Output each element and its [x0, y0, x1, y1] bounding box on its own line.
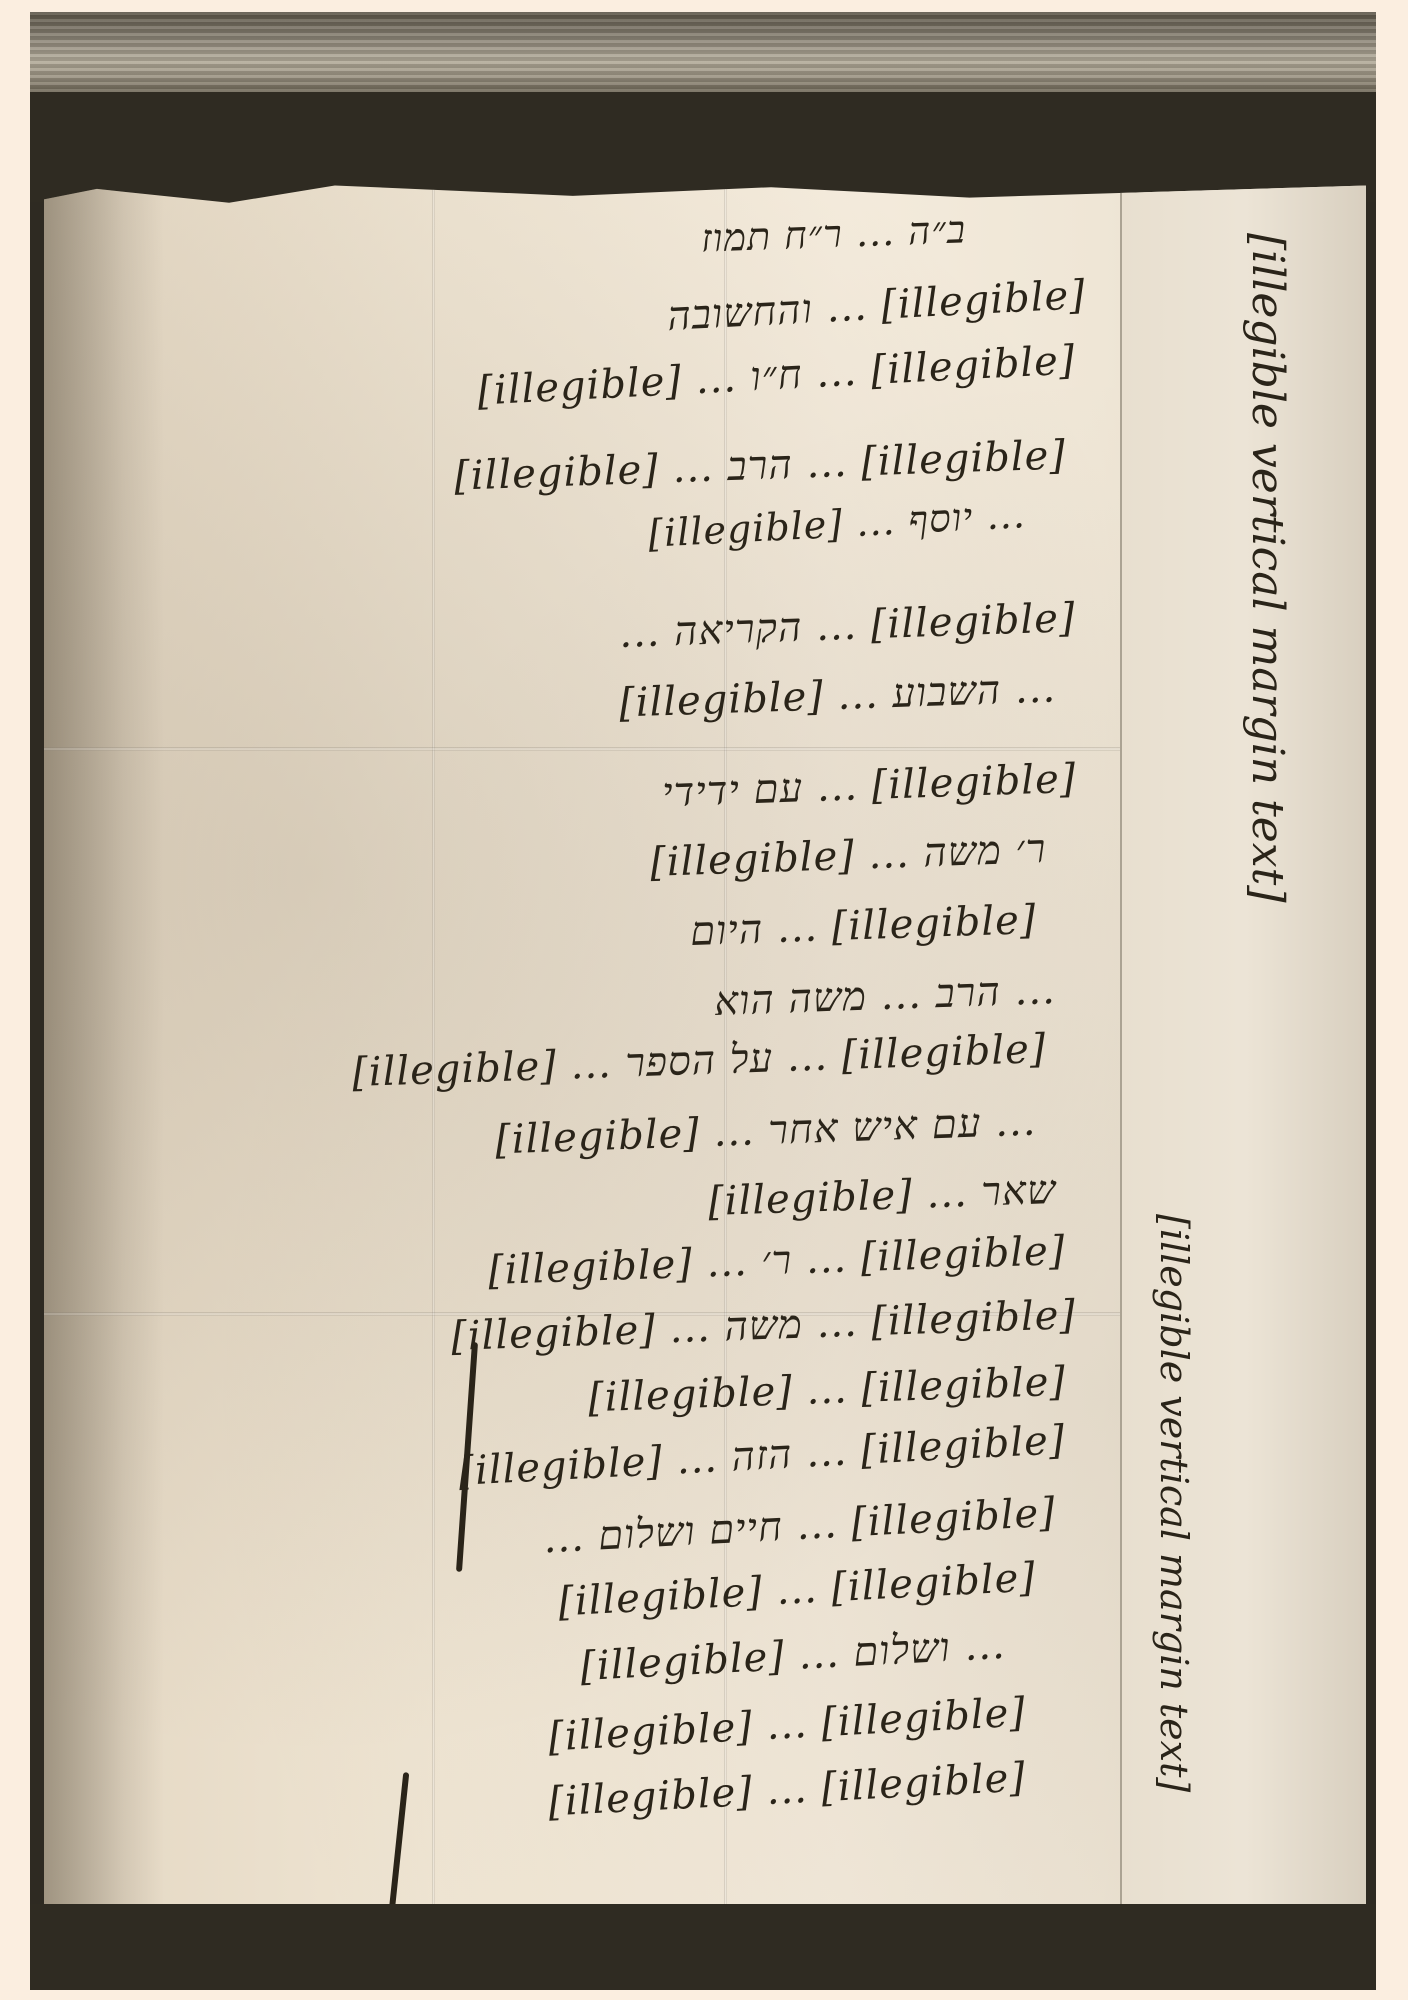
- letter-line: [illegible] ... והחשובה: [666, 271, 1087, 340]
- dark-background-top: [30, 92, 1376, 202]
- letter-line: ... יוסף ... [illegible]: [647, 492, 1027, 557]
- letter-line: [illegible] ... ר׳ ... [illegible]: [488, 1227, 1067, 1294]
- letter-line: [illegible] ... היום: [689, 896, 1037, 955]
- paper-fold-horizontal: [44, 747, 1120, 751]
- letter-line: [illegible] ... [illegible]: [547, 1755, 1027, 1826]
- wooden-frame-edge: [30, 12, 1376, 92]
- pen-stroke: [389, 1772, 410, 1912]
- letter-margin-panel: [illegible vertical margin text] [illegi…: [1120, 182, 1368, 1914]
- dark-background-bottom: [30, 1904, 1376, 1990]
- letter-line: [illegible] ... על הספר ... [illegible]: [351, 1025, 1047, 1096]
- letter-line: [illegible] ... [illegible]: [557, 1555, 1037, 1626]
- letter-line: ... עם איש אחר ... [illegible]: [494, 1098, 1037, 1164]
- letter-line: ... הרב ... משה הוא: [714, 966, 1057, 1025]
- letter-line: [illegible] ... הזה ... [illegible]: [458, 1416, 1067, 1495]
- letter-line: [illegible] ... הקריאה ...: [619, 594, 1077, 657]
- letter-line: [illegible] ... ח״ו ... [illegible]: [476, 336, 1076, 414]
- letter-heading: ב״ה ... ר״ח תמוז: [700, 207, 967, 261]
- margin-text-column: [illegible vertical margin text]: [1242, 202, 1293, 902]
- letter-line: ... ושלום ... [illegible]: [579, 1621, 1007, 1690]
- letter-line: [illegible] ... הרב ... [illegible]: [453, 431, 1066, 499]
- letter-photograph: [illegible vertical margin text] [illegi…: [30, 12, 1376, 1990]
- letter-paper: [illegible vertical margin text] [illegi…: [44, 182, 1366, 1914]
- letter-line: שאר ... [illegible]: [707, 1166, 1057, 1225]
- letter-line: [illegible] ... משה ... [illegible]: [450, 1291, 1076, 1360]
- letter-line: [illegible] ... [illegible]: [587, 1359, 1066, 1422]
- letter-line: [illegible] ... חיים ושלום ...: [542, 1489, 1057, 1563]
- letter-line: ר׳ משה ... [illegible]: [649, 825, 1047, 886]
- margin-text-column: [illegible vertical margin text]: [1152, 242, 1196, 1792]
- letter-line: [illegible] ... [illegible]: [547, 1690, 1027, 1761]
- letter-line: ... השבוע ... [illegible]: [618, 664, 1056, 726]
